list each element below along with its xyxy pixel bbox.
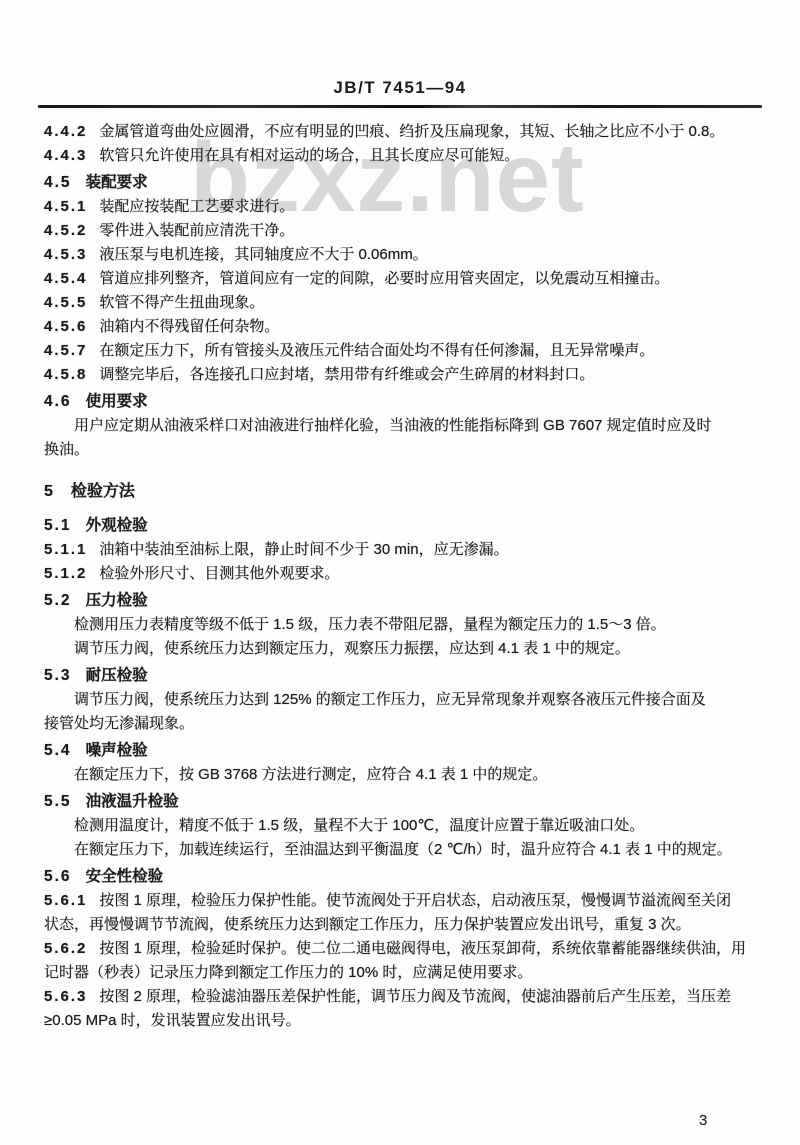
text-line: 检测用压力表精度等级不低于 1.5 级，压力表不带阻尼器，量程为额定压力的 1.… <box>44 613 764 637</box>
text-line: 5检验方法 <box>44 480 764 504</box>
text-line: 5.6安全性检验 <box>44 865 764 889</box>
clause-number: 5 <box>44 483 55 500</box>
document-header-title: JB/T 7451—94 <box>0 0 800 98</box>
text-line: 在额定压力下，加载连续运行，至油温达到平衡温度（2 ℃/h）时，温升应符合 4.… <box>44 838 764 862</box>
text-line: 5.6.2按图 1 原理，检验延时保护。使二位二通电磁阀得电，液压泵卸荷，系统依… <box>44 937 764 961</box>
text-line: 5.1外观检验 <box>44 514 764 538</box>
clause-text: 用户应定期从油液采样口对油液进行抽样化验，当油液的性能指标降到 GB 7607 … <box>74 417 712 434</box>
text-line: 4.5.5软管不得产生扭曲现象。 <box>44 291 764 315</box>
text-line: 4.5装配要求 <box>44 171 764 195</box>
clause-text: 油液温升检验 <box>86 793 179 810</box>
text-line: 4.4.3软管只允许使用在具有相对运动的场合，且其长度应尽可能短。 <box>44 144 764 168</box>
clause-text: 按图 1 原理，检验延时保护。使二位二通电磁阀得电，液压泵卸荷，系统依靠蓄能器继… <box>99 940 746 957</box>
clause-text: 外观检验 <box>86 517 148 534</box>
clause-number: 4.5.2 <box>44 222 87 239</box>
clause-text: 在额定压力下，按 GB 3768 方法进行测定，应符合 4.1 表 1 中的规定… <box>74 766 547 783</box>
text-line: 4.4.2金属管道弯曲处应圆滑，不应有明显的凹痕、绉折及压扁现象，其短、长轴之比… <box>44 120 764 144</box>
clause-number: 4.5.3 <box>44 246 87 263</box>
text-line: 4.5.1装配应按装配工艺要求进行。 <box>44 195 764 219</box>
clause-number: 5.2 <box>44 592 72 609</box>
clause-number: 5.5 <box>44 793 72 810</box>
document-page: bzxz.net JB/T 7451—94 4.4.2金属管道弯曲处应圆滑，不应… <box>0 0 800 1145</box>
clause-text: 在额定压力下，所有管接头及液压元件结合面处均不得有任何渗漏，且无异常噪声。 <box>99 342 654 359</box>
text-line: 5.3耐压检验 <box>44 664 764 688</box>
text-line: 4.6使用要求 <box>44 390 764 414</box>
clause-text: 耐压检验 <box>86 667 148 684</box>
clause-number: 4.4.3 <box>44 147 87 164</box>
clause-number: 4.5.8 <box>44 366 87 383</box>
clause-text: 软管不得产生扭曲现象。 <box>99 294 264 311</box>
text-line: 5.2压力检验 <box>44 589 764 613</box>
text-line: 在额定压力下，按 GB 3768 方法进行测定，应符合 4.1 表 1 中的规定… <box>44 763 764 787</box>
clause-number: 5.1.2 <box>44 565 87 582</box>
clause-number: 5.3 <box>44 667 72 684</box>
text-line: 5.5油液温升检验 <box>44 790 764 814</box>
clause-number: 5.4 <box>44 742 72 759</box>
clause-number: 5.6.1 <box>44 892 87 909</box>
clause-number: 4.5.5 <box>44 294 87 311</box>
clause-text: 调整完毕后，各连接孔口应封堵，禁用带有纤维或会产生碎屑的材料封口。 <box>99 366 594 383</box>
clause-number: 5.1.1 <box>44 541 87 558</box>
clause-number: 5.1 <box>44 517 72 534</box>
clause-text: 安全性检验 <box>86 868 164 885</box>
text-line: 调节压力阀，使系统压力达到 125% 的额定工作压力，应无异常现象并观察各液压元… <box>44 688 764 712</box>
clause-text: 装配要求 <box>86 174 148 191</box>
clause-text: 检验外形尺寸、目测其他外观要求。 <box>99 565 339 582</box>
clause-text: 压力检验 <box>86 592 148 609</box>
document-body: 4.4.2金属管道弯曲处应圆滑，不应有明显的凹痕、绉折及压扁现象，其短、长轴之比… <box>44 120 764 1033</box>
clause-number: 4.5 <box>44 174 72 191</box>
text-line: 状态，再慢慢调节节流阀，使系统压力达到额定工作压力，压力保护装置应发出讯号，重复… <box>44 913 764 937</box>
clause-number: 4.5.1 <box>44 198 87 215</box>
clause-text: 软管只允许使用在具有相对运动的场合，且其长度应尽可能短。 <box>99 147 519 164</box>
clause-text: 油箱中装油至油标上限，静止时间不少于 30 min，应无渗漏。 <box>99 541 508 558</box>
text-line: 5.4噪声检验 <box>44 739 764 763</box>
text-line: 4.5.7在额定压力下，所有管接头及液压元件结合面处均不得有任何渗漏，且无异常噪… <box>44 339 764 363</box>
text-line: ≥0.05 MPa 时，发讯装置应发出讯号。 <box>44 1009 764 1033</box>
clause-number: 5.6.3 <box>44 988 87 1005</box>
clause-text: 接管处均无渗漏现象。 <box>44 715 194 732</box>
header-rule <box>38 105 762 108</box>
clause-number: 4.5.7 <box>44 342 87 359</box>
clause-text: 调节压力阀，使系统压力达到 125% 的额定工作压力，应无异常现象并观察各液压元… <box>74 691 706 708</box>
clause-number: 4.4.2 <box>44 123 87 140</box>
clause-number: 4.6 <box>44 393 72 410</box>
clause-text: 使用要求 <box>86 393 148 410</box>
text-line: 4.5.3液压泵与电机连接，其同轴度应不大于 0.06mm。 <box>44 243 764 267</box>
clause-text: 按图 1 原理，检验压力保护性能。使节流阀处于开启状态，启动液压泵，慢慢调节溢流… <box>99 892 731 909</box>
clause-text: 检测用压力表精度等级不低于 1.5 级，压力表不带阻尼器，量程为额定压力的 1.… <box>74 616 666 633</box>
text-line: 换油。 <box>44 438 764 462</box>
text-line: 检测用温度计，精度不低于 1.5 级，量程不大于 100℃，温度计应置于靠近吸油… <box>44 814 764 838</box>
text-line: 4.5.2零件进入装配前应清洗干净。 <box>44 219 764 243</box>
clause-text: 检测用温度计，精度不低于 1.5 级，量程不大于 100℃，温度计应置于靠近吸油… <box>74 817 644 834</box>
text-line: 4.5.8调整完毕后，各连接孔口应封堵，禁用带有纤维或会产生碎屑的材料封口。 <box>44 363 764 387</box>
text-line: 接管处均无渗漏现象。 <box>44 712 764 736</box>
clause-text: 调节压力阀，使系统压力达到额定压力，观察压力振摆，应达到 4.1 表 1 中的规… <box>74 640 630 657</box>
clause-text: ≥0.05 MPa 时，发讯装置应发出讯号。 <box>44 1012 301 1029</box>
clause-number: 5.6.2 <box>44 940 87 957</box>
text-line: 4.5.4管道应排列整齐，管道间应有一定的间隙，必要时应用管夹固定，以免震动互相… <box>44 267 764 291</box>
clause-text: 噪声检验 <box>86 742 148 759</box>
clause-text: 金属管道弯曲处应圆滑，不应有明显的凹痕、绉折及压扁现象，其短、长轴之比应不小于 … <box>99 123 724 140</box>
clause-text: 记时器（秒表）记录压力降到额定工作压力的 10% 时，应满足使用要求。 <box>44 964 532 981</box>
text-line: 5.6.1按图 1 原理，检验压力保护性能。使节流阀处于开启状态，启动液压泵，慢… <box>44 889 764 913</box>
text-line: 调节压力阀，使系统压力达到额定压力，观察压力振摆，应达到 4.1 表 1 中的规… <box>44 637 764 661</box>
page-number: 3 <box>699 1112 707 1129</box>
clause-text: 液压泵与电机连接，其同轴度应不大于 0.06mm。 <box>99 246 427 263</box>
clause-text: 检验方法 <box>71 483 135 500</box>
text-line: 5.1.2检验外形尺寸、目测其他外观要求。 <box>44 562 764 586</box>
text-line: 用户应定期从油液采样口对油液进行抽样化验，当油液的性能指标降到 GB 7607 … <box>44 414 764 438</box>
clause-number: 4.5.6 <box>44 318 87 335</box>
clause-text: 零件进入装配前应清洗干净。 <box>99 222 294 239</box>
clause-text: 油箱内不得残留任何杂物。 <box>99 318 279 335</box>
clause-number: 4.5.4 <box>44 270 87 287</box>
clause-text: 换油。 <box>44 441 89 458</box>
clause-text: 在额定压力下，加载连续运行，至油温达到平衡温度（2 ℃/h）时，温升应符合 4.… <box>74 841 732 858</box>
clause-text: 按图 2 原理，检验滤油器压差保护性能，调节压力阀及节流阀，使滤油器前后产生压差… <box>99 988 731 1005</box>
text-line: 5.1.1油箱中装油至油标上限，静止时间不少于 30 min，应无渗漏。 <box>44 538 764 562</box>
clause-text: 装配应按装配工艺要求进行。 <box>99 198 294 215</box>
clause-number: 5.6 <box>44 868 72 885</box>
text-line: 4.5.6油箱内不得残留任何杂物。 <box>44 315 764 339</box>
text-line: 记时器（秒表）记录压力降到额定工作压力的 10% 时，应满足使用要求。 <box>44 961 764 985</box>
text-line: 5.6.3按图 2 原理，检验滤油器压差保护性能，调节压力阀及节流阀，使滤油器前… <box>44 985 764 1009</box>
clause-text: 管道应排列整齐，管道间应有一定的间隙，必要时应用管夹固定，以免震动互相撞击。 <box>99 270 669 287</box>
clause-text: 状态，再慢慢调节节流阀，使系统压力达到额定工作压力，压力保护装置应发出讯号，重复… <box>44 916 691 933</box>
